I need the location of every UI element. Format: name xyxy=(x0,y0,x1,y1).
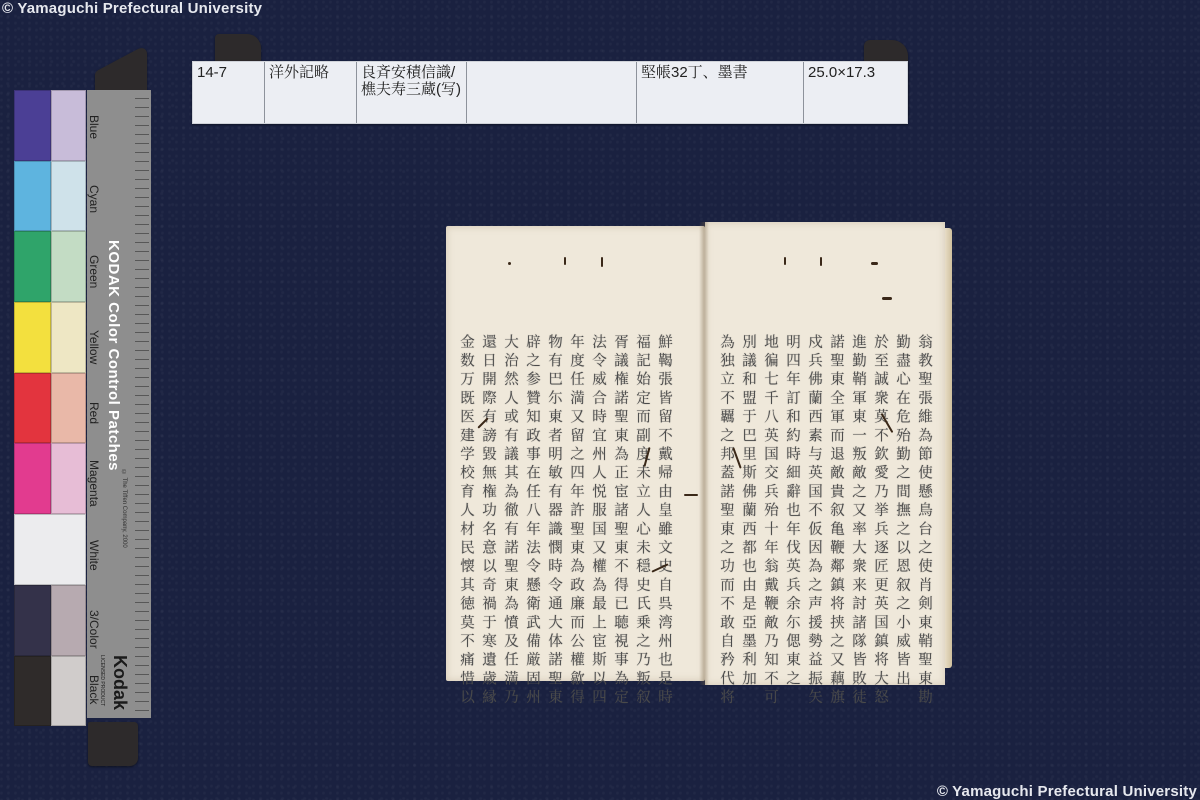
patch-magenta-dark xyxy=(14,443,51,514)
label-blank xyxy=(467,62,637,123)
book-gutter xyxy=(699,222,709,685)
patch-black-dark xyxy=(14,656,51,727)
left-page-text: 鮮鞨張皆留不戴帰由皇雖文史自呉湾州也是時 福記始定而副度未立人心未穏史氏乗之乃叛… xyxy=(456,334,673,708)
ruler-label-yellow: Yellow xyxy=(87,330,101,364)
wormhole-mark xyxy=(882,297,892,300)
wormhole-mark xyxy=(508,262,511,265)
tape-chart-bottom xyxy=(88,722,138,766)
wormhole-mark xyxy=(784,257,786,265)
licensed-product: LICENSED PRODUCT xyxy=(99,655,105,706)
patch-black-light xyxy=(51,656,86,727)
patch-cyan-dark xyxy=(14,161,51,232)
kodak-chart-title: KODAK Color Control Patches xyxy=(105,240,122,471)
label-dimensions: 25.0×17.3 xyxy=(804,62,907,123)
text-column: 胥議権諾聖東為正宦諸聖東不得已聴視事為定 xyxy=(610,334,629,708)
text-column: 福記始定而副度未立人心未穏史氏乗之乃叛叙 xyxy=(632,334,651,708)
label-author: 良斉安積信識/樵夫寿三蔵(写) xyxy=(357,62,467,123)
patch-green-dark xyxy=(14,231,51,302)
text-column: 於至誠衆莫不欽愛乃挙兵逐匠更英国鎮将大怒 xyxy=(870,334,889,708)
wormhole-mark xyxy=(564,257,566,265)
patch-white xyxy=(14,514,86,585)
text-column: 地徧七千八英国交兵殆十年翁戴鞭敵乃知不可 xyxy=(760,334,779,708)
text-column: 諾聖東全軍而退敵貴叙亀鞭鄰鎮将挟之又藕旗 xyxy=(826,334,845,708)
patch-blue-dark xyxy=(14,90,51,161)
ruler-label-blue: Blue xyxy=(87,115,101,139)
patch-blue-light xyxy=(51,90,86,161)
patch-cyan-light xyxy=(51,161,86,232)
text-column: 辟之参贊知政事在任八年法令懸衛武備厳固州 xyxy=(522,334,541,708)
label-id: 14-7 xyxy=(193,62,265,123)
credit-bottom: © Yamaguchi Prefectural University xyxy=(937,783,1197,800)
patch-green-light xyxy=(51,231,86,302)
patch-yellow-dark xyxy=(14,302,51,373)
open-manuscript-book: 鮮鞨張皆留不戴帰由皇雖文史自呉湾州也是時 福記始定而副度未立人心未穏史氏乗之乃叛… xyxy=(446,222,971,686)
patch-3color-dark xyxy=(14,585,51,656)
tape-label-left xyxy=(215,34,261,64)
text-column: 鮮鞨張皆留不戴帰由皇雖文史自呉湾州也是時 xyxy=(654,334,673,708)
ruler-label-white: White xyxy=(87,540,101,571)
label-title: 洋外記略 xyxy=(265,62,357,123)
text-column: 金数万既医建学校育人材民懐其徳莫不痛惜以 xyxy=(456,334,475,708)
text-column: 大治然人或有議其為徹有諾聖東為憤及任満乃 xyxy=(500,334,519,708)
patch-yellow-light xyxy=(51,302,86,373)
text-column: 年度任満又留之四年許聖東為政廉而公權歙得 xyxy=(566,334,585,708)
text-column: 進勤鞘軍東一叛敵之又率大衆来討諸隊皆敗徒 xyxy=(848,334,867,708)
ruler-label-green: Green xyxy=(87,255,101,288)
wormhole-mark xyxy=(601,257,603,267)
wormhole-mark xyxy=(820,257,822,266)
text-column: 勤盡心在危殆勤之間撫之以恩叙之小威皆出 xyxy=(892,334,911,708)
text-column: 為独立不覊之邦蓋諾聖東之功而不敢自矜代将 xyxy=(716,334,735,708)
credit-top: © Yamaguchi Prefectural University xyxy=(2,0,262,17)
patch-red-light xyxy=(51,373,86,444)
catalog-label: 14-7 洋外記略 良斉安積信識/樵夫寿三蔵(写) 堅帳32丁、墨書 25.0×… xyxy=(192,61,908,124)
right-page-text: 翁教聖張維為節使懸鳥台之使肖剣東鞘聖東勘 勤盡心在危殆勤之間撫之以恩叙之小威皆出… xyxy=(716,334,933,708)
ruler: Blue Cyan Green Yellow Red Magenta White… xyxy=(87,90,151,718)
wormhole-mark xyxy=(871,262,878,265)
patch-magenta-light xyxy=(51,443,86,514)
ruler-label-3color: 3/Color xyxy=(87,610,101,649)
label-format: 堅帳32丁、墨書 xyxy=(637,62,804,123)
wormhole-mark xyxy=(684,494,698,496)
text-column: 翁教聖張維為節使懸鳥台之使肖剣東鞘聖東勘 xyxy=(914,334,933,708)
kodak-logo: Kodak xyxy=(109,655,130,710)
ruler-label-cyan: Cyan xyxy=(87,185,101,213)
text-column: 別議和盟于巴里斯佛蘭西都也由是亞墨利加 xyxy=(738,334,757,708)
text-column: 物有巴尓東者明敏有器識憫時令通大体諾聖東 xyxy=(544,334,563,708)
text-column: 還日開際有謗毀無権功名意以奇禍于寒遺歳縁 xyxy=(478,334,497,708)
color-control-patches xyxy=(14,90,87,727)
patch-red-dark xyxy=(14,373,51,444)
patch-3color-light xyxy=(51,585,86,656)
chart-copyright: © The Tiffen Company, 2000 xyxy=(121,470,127,548)
text-column: 法令威合時宜州人悦服国又權為最上宦斯以四 xyxy=(588,334,607,708)
ruler-label-magenta: Magenta xyxy=(87,460,101,507)
text-column: 戍兵佛蘭西素与英国不仮因為之声援勢益振矢 xyxy=(804,334,823,708)
ruler-label-red: Red xyxy=(87,402,101,424)
text-column: 明四年訂和約時細辭也年伐英兵余尓偲東之 xyxy=(782,334,801,708)
